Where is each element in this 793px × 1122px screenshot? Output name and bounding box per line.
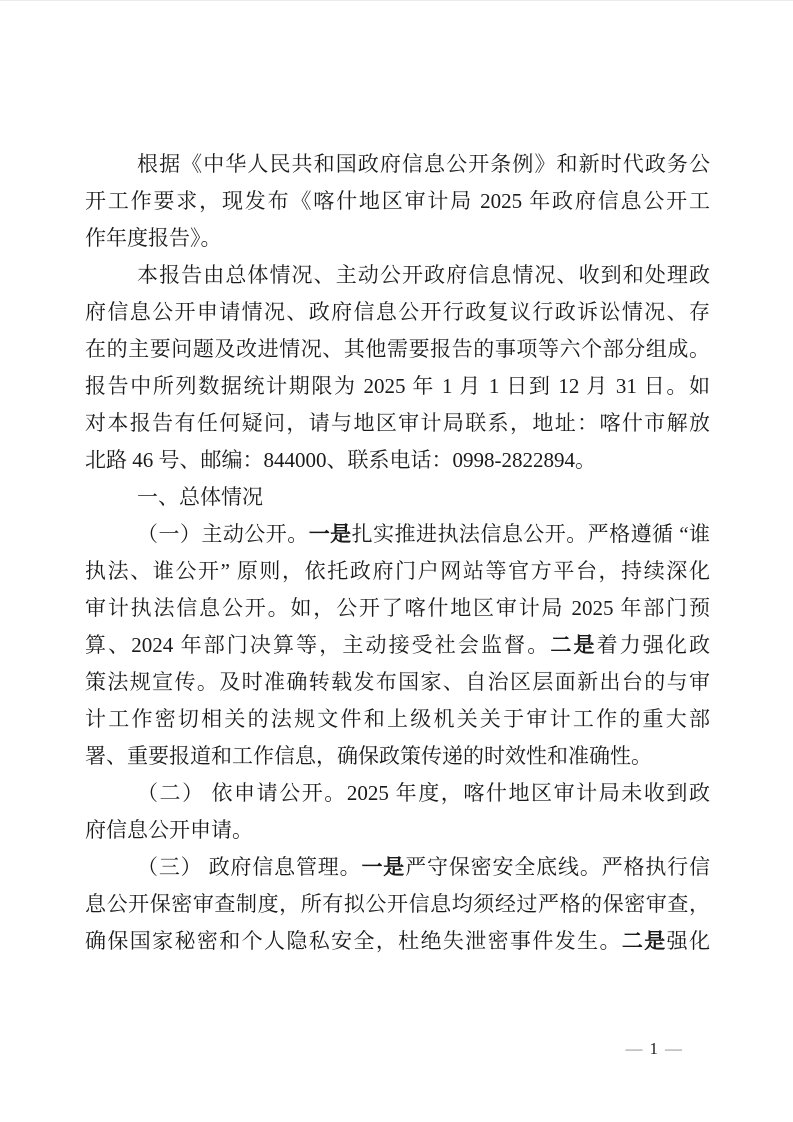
doc-line-3: 作年度报告》。 (85, 220, 710, 257)
doc-line-17: 署、重要报道和工作信息，确保政策传递的时效性和准确性。 (85, 738, 710, 775)
text-run: 府信息公开申请情况、政府信息公开行政复议行政诉讼情况、存 (85, 300, 710, 324)
footer-left-dash: — (619, 1039, 650, 1058)
doc-line-12: 执法、谁公开” 原则，依托政府门户网站等官方平台，持续深化 (85, 553, 710, 590)
doc-line-15: 策法规宣传。及时准确转载发布国家、自治区层面新出台的与审 (85, 664, 710, 701)
text-run: 作年度报告》。 (85, 226, 222, 250)
page-footer: —1— (619, 1037, 690, 1061)
emphasis-text-run: 二是 (550, 633, 596, 657)
document-page: 根据《中华人民共和国政府信息公开条例》和新时代政务公开工作要求，现发布《喀什地区… (0, 0, 793, 1122)
text-run: （三） 政府信息管理。 (137, 855, 361, 879)
doc-line-1: 根据《中华人民共和国政府信息公开条例》和新时代政务公 (85, 146, 710, 183)
text-run: 署、重要报道和工作信息，确保政策传递的时效性和准确性。 (85, 744, 652, 768)
doc-line-5: 府信息公开申请情况、政府信息公开行政复议行政诉讼情况、存 (85, 294, 710, 331)
text-run: 开工作要求，现发布《喀什地区审计局 2025 年政府信息公开工 (85, 189, 710, 213)
text-run: 算、2024 年部门决算等，主动接受社会监督。 (85, 633, 550, 657)
doc-line-19: 府信息公开申请。 (85, 812, 710, 849)
text-run: 根据《中华人民共和国政府信息公开条例》和新时代政务公 (137, 152, 710, 176)
text-run: （一）主动公开。 (137, 522, 309, 546)
text-run: 扎实推进执法信息公开。严格遵循 “谁 (352, 522, 710, 546)
doc-line-18: （二） 依申请公开。2025 年度，喀什地区审计局未收到政 (85, 775, 710, 812)
doc-line-7: 报告中所列数据统计期限为 2025 年 1 月 1 日到 12 月 31 日。如 (85, 368, 710, 405)
doc-line-10: 一、总体情况 (85, 479, 710, 516)
text-run: 报告中所列数据统计期限为 2025 年 1 月 1 日到 12 月 31 日。如 (85, 374, 710, 398)
doc-line-20: （三） 政府信息管理。一是严守保密安全底线。严格执行信 (85, 849, 710, 886)
doc-line-2: 开工作要求，现发布《喀什地区审计局 2025 年政府信息公开工 (85, 183, 710, 220)
text-run: 审计执法信息公开。如，公开了喀什地区审计局 2025 年部门预 (85, 596, 710, 620)
doc-line-9: 北路 46 号、邮编：844000、联系电话：0998-2822894。 (85, 442, 710, 479)
doc-line-4: 本报告由总体情况、主动公开政府信息情况、收到和处理政 (85, 257, 710, 294)
text-run: 严守保密安全底线。严格执行信 (405, 855, 710, 879)
footer-right-dash: — (658, 1039, 689, 1058)
text-run: 策法规宣传。及时准确转载发布国家、自治区层面新出台的与审 (85, 670, 710, 694)
doc-line-22: 确保国家秘密和个人隐私安全，杜绝失泄密事件发生。二是强化 (85, 923, 710, 960)
doc-line-6: 在的主要问题及改进情况、其他需要报告的事项等六个部分组成。 (85, 331, 710, 368)
doc-line-11: （一）主动公开。一是扎实推进执法信息公开。严格遵循 “谁 (85, 516, 710, 553)
doc-line-21: 息公开保密审查制度，所有拟公开信息均须经过严格的保密审查， (85, 886, 710, 923)
doc-line-13: 审计执法信息公开。如，公开了喀什地区审计局 2025 年部门预 (85, 590, 710, 627)
text-run: 息公开保密审查制度，所有拟公开信息均须经过严格的保密审查， (85, 892, 710, 916)
text-run: 对本报告有任何疑问，请与地区审计局联系，地址：喀什市解放 (85, 411, 710, 435)
text-run: 北路 46 号、邮编：844000、联系电话：0998-2822894。 (85, 448, 596, 472)
page-number: 1 (650, 1039, 659, 1058)
text-run: 府信息公开申请。 (85, 818, 253, 842)
doc-line-14: 算、2024 年部门决算等，主动接受社会监督。二是着力强化政 (85, 627, 710, 664)
text-run: 执法、谁公开” 原则，依托政府门户网站等官方平台，持续深化 (85, 559, 710, 583)
text-run: 着力强化政 (597, 633, 710, 657)
emphasis-text-run: 一是 (361, 855, 405, 879)
emphasis-text-run: 二是 (622, 929, 667, 953)
text-run: 在的主要问题及改进情况、其他需要报告的事项等六个部分组成。 (85, 337, 710, 361)
doc-line-8: 对本报告有任何疑问，请与地区审计局联系，地址：喀什市解放 (85, 405, 710, 442)
text-run: 确保国家秘密和个人隐私安全，杜绝失泄密事件发生。 (85, 929, 622, 953)
emphasis-text-run: 一是 (309, 522, 352, 546)
text-run: 强化 (667, 929, 710, 953)
text-run: 计工作密切相关的法规文件和上级机关关于审计工作的重大部 (85, 707, 710, 731)
document-body: 根据《中华人民共和国政府信息公开条例》和新时代政务公开工作要求，现发布《喀什地区… (85, 146, 710, 960)
text-run: （二） 依申请公开。2025 年度，喀什地区审计局未收到政 (137, 781, 710, 805)
doc-line-16: 计工作密切相关的法规文件和上级机关关于审计工作的重大部 (85, 701, 710, 738)
text-run: 本报告由总体情况、主动公开政府信息情况、收到和处理政 (137, 263, 710, 287)
text-run: 一、总体情况 (137, 485, 263, 509)
